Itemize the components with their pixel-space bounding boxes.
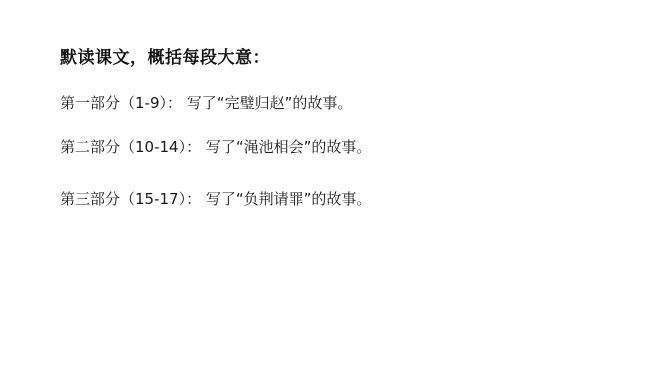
part-one-line: 第一部分（1-9）： 写了“完璧归赵”的故事。 [60, 92, 352, 113]
part-one-label: 第一部分（1-9）： [60, 94, 182, 112]
part-one-summary: 写了“完璧归赵”的故事。 [187, 94, 353, 112]
part-three-summary: 写了“负荆请罪”的故事。 [206, 190, 372, 208]
part-two-line: 第二部分（10-14）： 写了“渑池相会”的故事。 [60, 136, 371, 157]
page-heading: 默读课文，概括每段大意： [60, 43, 270, 68]
part-two-label: 第二部分（10-14）： [60, 138, 201, 156]
part-two-summary: 写了“渑池相会”的故事。 [206, 138, 372, 156]
part-three-line: 第三部分（15-17）： 写了“负荆请罪”的故事。 [60, 188, 371, 209]
part-three-label: 第三部分（15-17）： [60, 190, 201, 208]
